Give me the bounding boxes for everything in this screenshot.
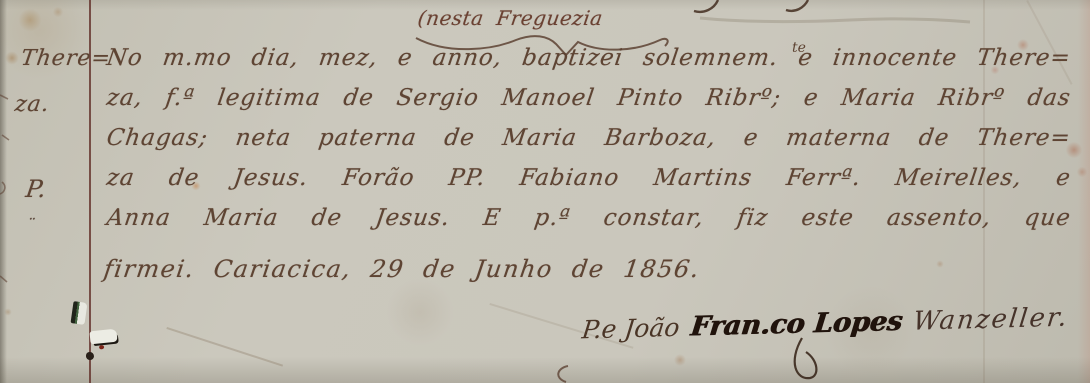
record-body: No m.mo dia, mez, e anno, baptizei solem…	[104, 38, 1068, 238]
signature-suffix: Wanzeller.	[911, 303, 1070, 337]
superscript-te: te	[792, 40, 806, 56]
interlinear-insertion: (nesta Freguezia	[416, 6, 604, 30]
scratch-mark-left	[166, 327, 283, 367]
bottom-cut-stroke	[558, 366, 568, 382]
margin-note-dots: ¨	[25, 215, 37, 234]
top-smudge	[700, 18, 970, 22]
manuscript-page: There= za. P. ¨ (nesta Freguezia No m.mo…	[0, 0, 1090, 383]
ink-speck	[86, 352, 94, 360]
body-line-5: Anna Maria de Jesus. E p.ª constar, fiz …	[104, 198, 1074, 238]
margin-note-thereza-1: There=	[19, 46, 112, 71]
body-line-4: za de Jesus. Forão PP. Fabiano Martins F…	[104, 158, 1074, 198]
paper-chip-2	[89, 329, 117, 345]
signature-prefix: P.e João	[580, 313, 681, 345]
body-line-3: Chagas; neta paterna de Maria Barboza, e…	[104, 118, 1074, 158]
left-edge-marks	[0, 95, 9, 282]
margin-note-thereza-2: za.	[13, 92, 51, 117]
signature-descender-loop	[795, 338, 817, 378]
paper-chip-1	[71, 301, 88, 325]
priest-signature: P.e João Fran.co Lopes Wanzeller.	[580, 302, 1070, 346]
signature-emphasis: Fran.co Lopes	[689, 306, 904, 343]
closing-dateline: firmei. Cariacica, 29 de Junho de 1856.	[102, 255, 702, 283]
body-line-1: No m.mo dia, mez, e anno, baptizei solem…	[104, 38, 1074, 78]
margin-note-padrinhos: P.	[24, 175, 49, 203]
body-line-2: za, f.ª legitima de Sergio Manoel Pinto …	[104, 78, 1074, 118]
top-cut-stroke-2	[786, 0, 808, 11]
top-cut-stroke-1	[694, 0, 718, 12]
